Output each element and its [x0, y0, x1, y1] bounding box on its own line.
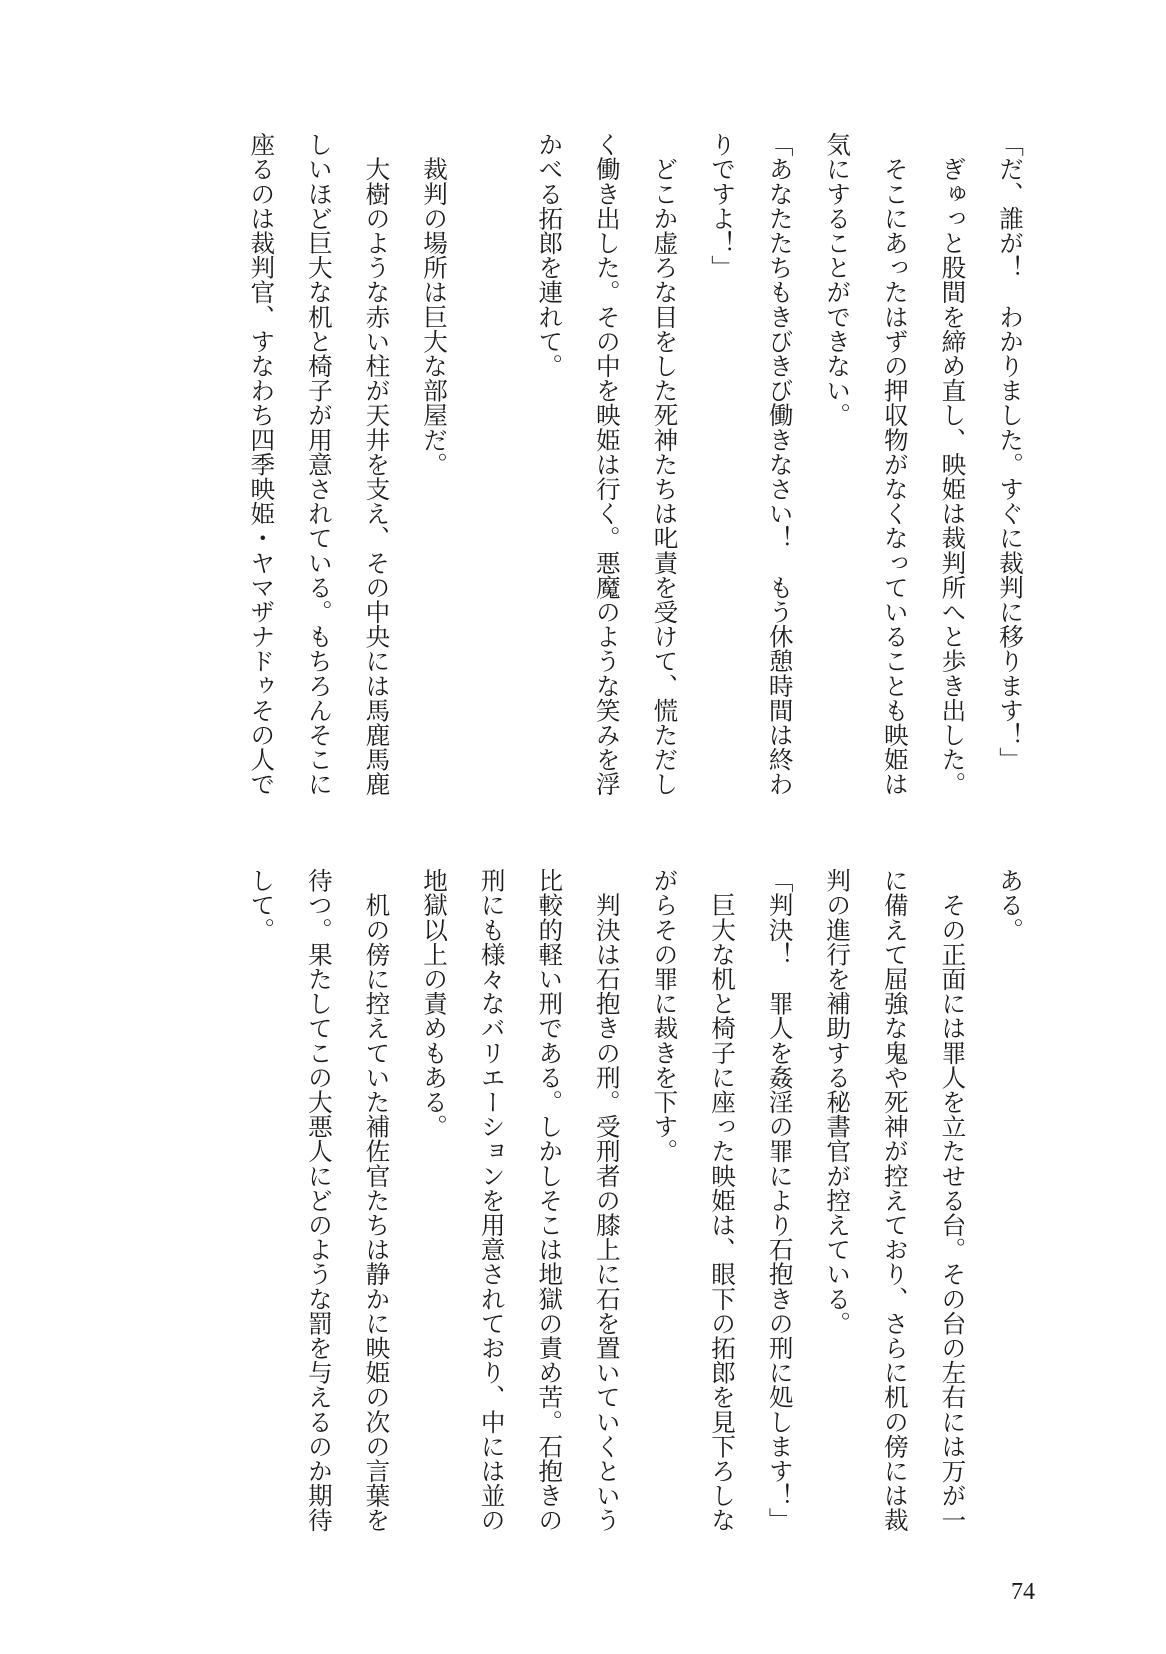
text-line: 判決は石抱きの刑。受刑者の膝上に石を置いていくという: [578, 868, 636, 1534]
text-line: 机の傍に控えていた補佐官たちは静かに映姫の次の言葉を: [348, 868, 406, 1534]
text-line: く働き出した。その中を映姫は行く。悪魔のような笑みを浮: [578, 132, 636, 798]
book-page: 「だ、誰が！ わかりました。すぐに裁判に移ります！」 ぎゅっと股間を締め直し、映…: [0, 0, 1166, 1654]
text-line: 大樹のような赤い柱が天井を支え、その中央には馬鹿馬鹿: [348, 132, 406, 798]
text-line: 待つ。果たしてこの大悪人にどのような罰を与えるのか期待: [290, 868, 348, 1534]
text-line: がらその罪に裁きを下す。: [636, 868, 694, 1534]
text-line: 「判決！ 罪人を姦淫の罪により石抱きの刑に処します！」: [751, 868, 809, 1534]
text-line: して。: [233, 868, 291, 1534]
text-line: 地獄以上の責めもある。: [405, 868, 463, 1534]
text-line: どこか虚ろな目をした死神たちは叱責を受けて、慌ただし: [636, 132, 694, 798]
text-line: しいほど巨大な机と椅子が用意されている。もちろんそこに: [290, 132, 348, 798]
text-line: 「だ、誰が！ わかりました。すぐに裁判に移ります！」: [981, 132, 1039, 798]
text-line: その正面には罪人を立たせる台。その台の左右には万が一: [924, 868, 982, 1534]
text-block-upper: 「だ、誰が！ わかりました。すぐに裁判に移ります！」 ぎゅっと股間を締め直し、映…: [232, 132, 1039, 798]
text-line: 比較的軽い刑である。しかしそこは地獄の責め苦。石抱きの: [521, 868, 579, 1534]
blank-line: [463, 132, 521, 798]
text-line: 「あなたたちもきびきび働きなさい！ もう休憩時間は終わ: [751, 132, 809, 798]
text-line: 判の進行を補助する秘書官が控えている。: [809, 868, 867, 1534]
text-line: 気にすることができない。: [809, 132, 867, 798]
text-line: 座るのは裁判官、すなわち四季映姫・ヤマザナドゥその人で: [233, 132, 291, 798]
text-block-lower: ある。 その正面には罪人を立たせる台。その台の左右には万が一 に備えて屈強な鬼や…: [232, 868, 1039, 1534]
text-line: に備えて屈強な鬼や死神が控えており、さらに机の傍には裁: [866, 868, 924, 1534]
text-line: かべる拓郎を連れて。: [521, 132, 579, 798]
text-line: りですよ！」: [693, 132, 751, 798]
text-line: 刑にも様々なバリエーションを用意されており、中には並の: [463, 868, 521, 1534]
text-line: ぎゅっと股間を締め直し、映姫は裁判所へと歩き出した。: [924, 132, 982, 798]
page-number: 74: [1011, 1578, 1035, 1606]
text-line: ある。: [981, 868, 1039, 1534]
text-line: 巨大な机と椅子に座った映姫は、眼下の拓郎を見下ろしな: [693, 868, 751, 1534]
text-line: 裁判の場所は巨大な部屋だ。: [405, 132, 463, 798]
text-line: そこにあったはずの押収物がなくなっていることも映姫は: [866, 132, 924, 798]
